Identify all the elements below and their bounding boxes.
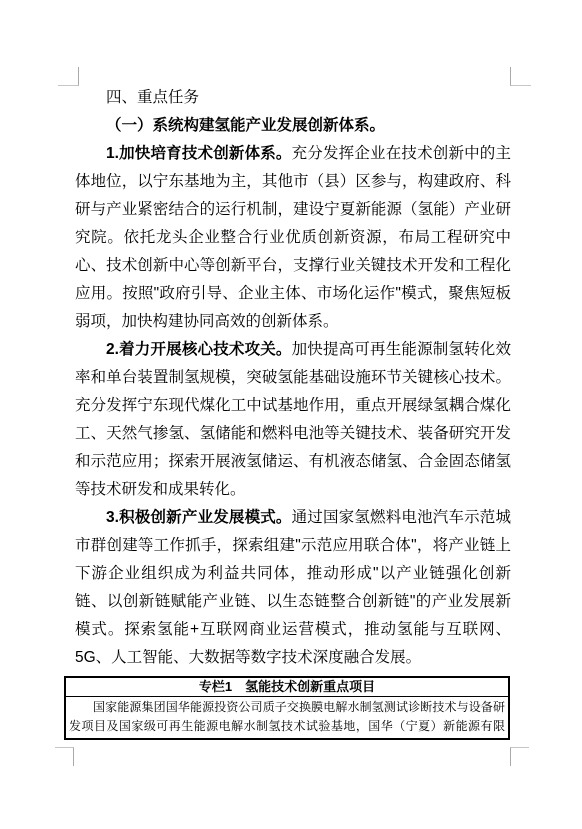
paragraph-body: 加快提高可再生能源制氢转化效率和单台装置制氢规模，突破氢能基础设施环节关键核心技… — [75, 341, 511, 498]
task-paragraph-1: 1.加快培育技术创新体系。充分发挥企业在技术创新中的主体地位，以宁东基地为主，其… — [75, 140, 511, 336]
column-box-body-cell: 国家能源集团国华能源投资公司质子交换膜电解水制氢测试诊断技术与设备研发项目及国家… — [65, 697, 509, 740]
section-heading: 四、重点任务 — [75, 84, 511, 112]
paragraph-body: 充分发挥企业在技术创新中的主体地位，以宁东基地为主，其他市（县）区参与，构建政府… — [75, 145, 511, 330]
crop-mark-bottom-left-icon — [55, 747, 74, 766]
document-page: 四、重点任务 （一）系统构建氢能产业发展创新体系。 1.加快培育技术创新体系。充… — [0, 0, 582, 829]
column-box-body-row: 国家能源集团国华能源投资公司质子交换膜电解水制氢测试诊断技术与设备研发项目及国家… — [65, 697, 509, 740]
crop-mark-bottom-right-icon — [510, 747, 529, 766]
document-body: 四、重点任务 （一）系统构建氢能产业发展创新体系。 1.加快培育技术创新体系。充… — [75, 84, 511, 740]
subsection-heading: （一）系统构建氢能产业发展创新体系。 — [75, 112, 511, 140]
task-paragraph-3: 3.积极创新产业发展模式。通过国家氢燃料电池汽车示范城市群创建等工作抓手，探索组… — [75, 504, 511, 672]
paragraph-body: 通过国家氢燃料电池汽车示范城市群创建等工作抓手，探索组建"示范应用联合体"，将产… — [75, 509, 511, 666]
paragraph-lead: 2.着力开展核心技术攻关。 — [106, 341, 292, 358]
column-box-title: 专栏1 氢能技术创新重点项目 — [65, 677, 509, 697]
crop-mark-top-right-icon — [510, 67, 531, 86]
column-box-body-text: 国家能源集团国华能源投资公司质子交换膜电解水制氢测试诊断技术与设备研发项目及国家… — [69, 698, 505, 736]
column-box-table: 专栏1 氢能技术创新重点项目 国家能源集团国华能源投资公司质子交换膜电解水制氢测… — [64, 676, 510, 740]
column-box-header-row: 专栏1 氢能技术创新重点项目 — [65, 677, 509, 697]
paragraph-lead: 3.积极创新产业发展模式。 — [106, 509, 292, 526]
task-paragraph-2: 2.着力开展核心技术攻关。加快提高可再生能源制氢转化效率和单台装置制氢规模，突破… — [75, 336, 511, 504]
paragraph-lead: 1.加快培育技术创新体系。 — [106, 145, 292, 162]
